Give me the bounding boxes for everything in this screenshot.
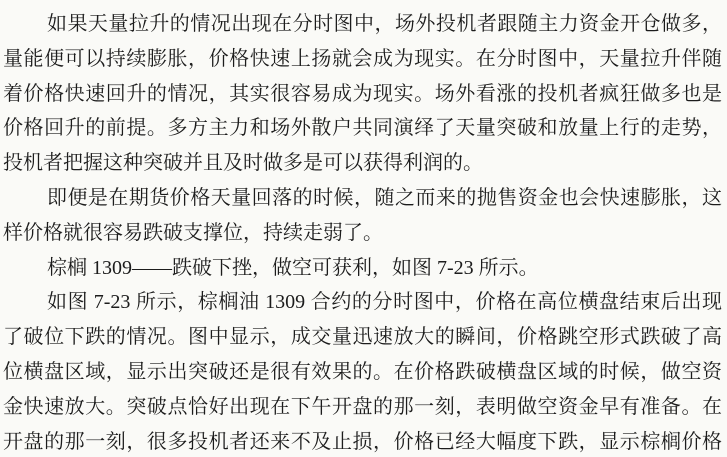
text-line-11: 位横盘区域，显示出突破还是很有效果的。在价格跌破横盘区域的时候，做空资 [3,355,722,390]
text-line-01: 如果天量拉升的情况出现在分时图中，场外投机者跟随主力资金开仓做多， [3,7,722,42]
text-line-05: 投机者把握这种突破并且及时做多是可以获得利润的。 [3,146,722,181]
paragraph-2: 即便是在期货价格天量回落的时候，随之而来的抛售资金也会快速膨胀，这 样价格就很容… [3,181,722,251]
text-line-03: 着价格快速回升的情况，其实很容易成为现实。场外看涨的投机者疯狂做多也是 [3,77,722,112]
text-line-02: 量能便可以持续膨胀，价格快速上扬就会成为现实。在分时图中，天量拉升伴随 [3,42,722,77]
text-line-13: 开盘的那一刻，很多投机者还来不及止损，价格已经大幅度下跌，显示棕榈价格 [3,425,722,457]
paragraph-1: 如果天量拉升的情况出现在分时图中，场外投机者跟随主力资金开仓做多， 量能便可以持… [3,7,722,181]
text-line-08: 棕榈 1309——跌破下挫，做空可获利，如图 7-23 所示。 [3,251,722,286]
text-line-09: 如图 7-23 所示，棕榈油 1309 合约的分时图中，价格在高位横盘结束后出现 [3,285,722,320]
text-line-07: 样价格就很容易跌破支撑位，持续走弱了。 [3,216,722,251]
text-line-06: 即便是在期货价格天量回落的时候，随之而来的抛售资金也会快速膨胀，这 [3,181,722,216]
paragraph-4: 如图 7-23 所示，棕榈油 1309 合约的分时图中，价格在高位横盘结束后出现… [3,285,722,457]
text-line-10: 了破位下跌的情况。图中显示，成交量迅速放大的瞬间，价格跳空形式跌破了高 [3,320,722,355]
book-page: 如果天量拉升的情况出现在分时图中，场外投机者跟随主力资金开仓做多， 量能便可以持… [0,0,727,457]
paragraph-3-heading: 棕榈 1309——跌破下挫，做空可获利，如图 7-23 所示。 [3,251,722,286]
text-line-12: 金快速放大。突破点恰好出现在下午开盘的那一刻，表明做空资金早有准备。在 [3,390,722,425]
text-line-04: 价格回升的前提。多方主力和场外散户共同演绎了天量突破和放量上行的走势， [3,111,722,146]
